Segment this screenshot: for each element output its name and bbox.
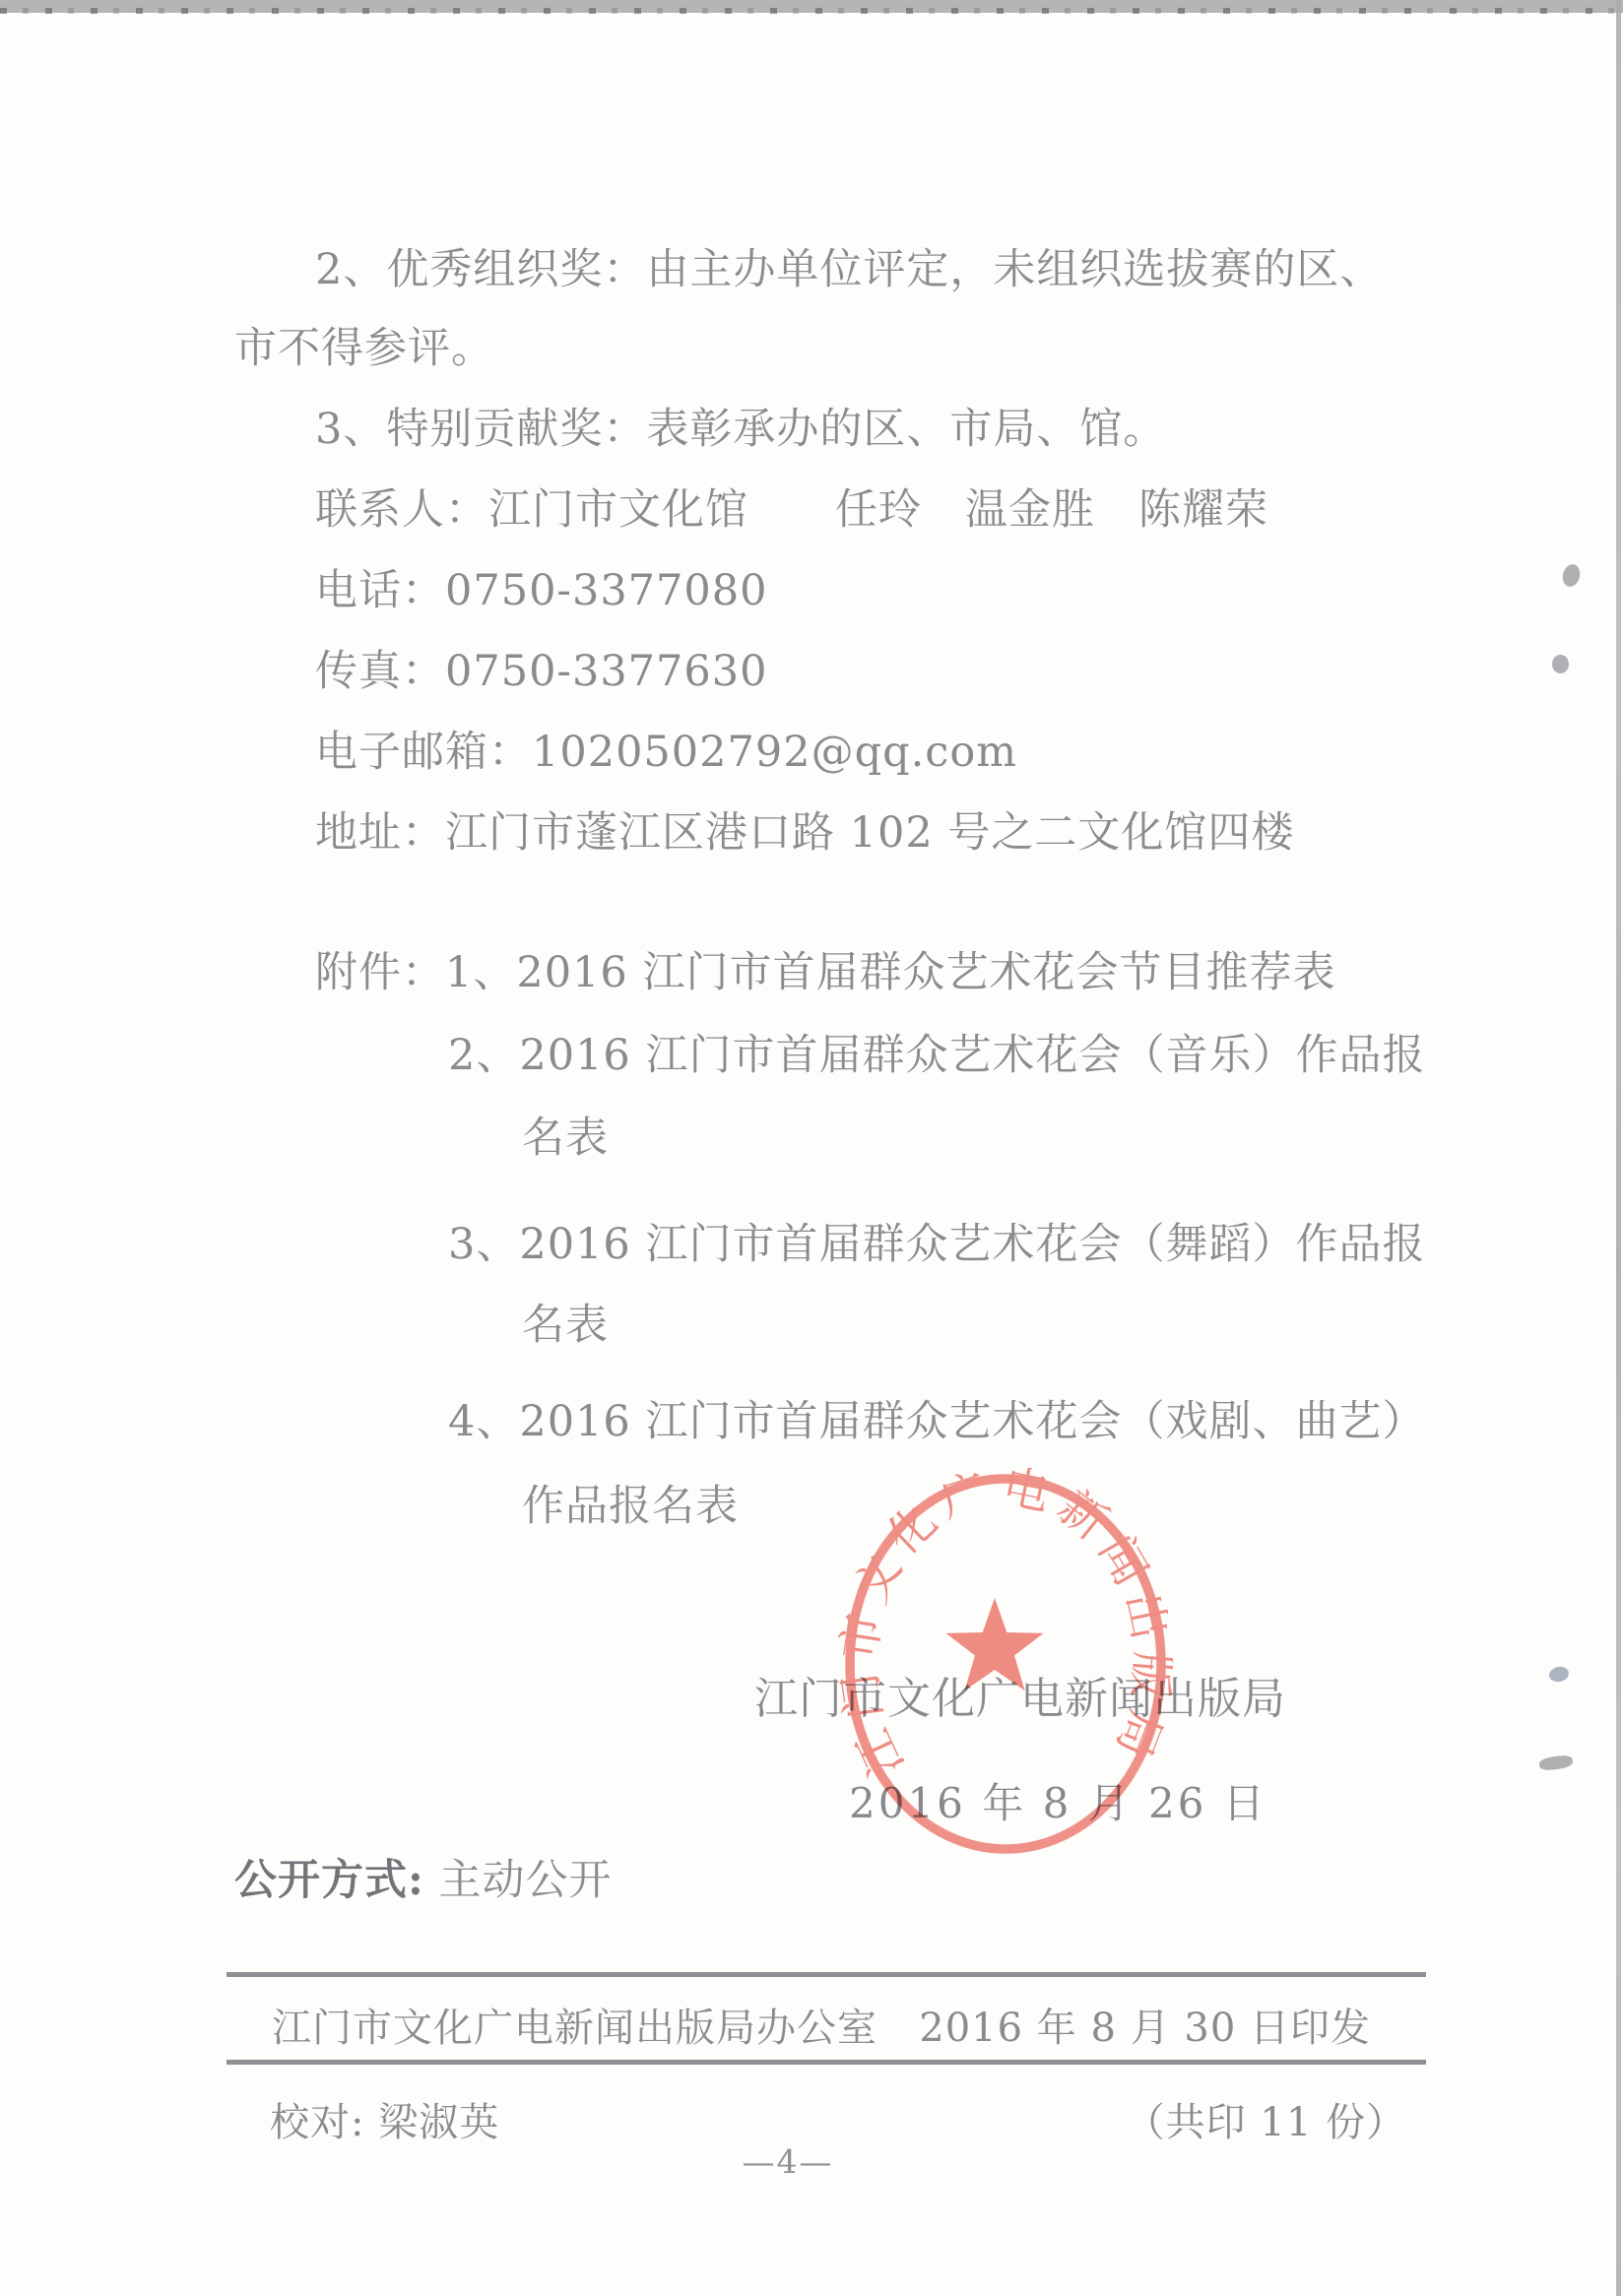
body-line-contact: 联系人：江门市文化馆 任玲 温金胜 陈耀荣: [315, 486, 1268, 534]
footer-copies: （共印 11 份）: [1126, 2091, 1406, 2147]
publicity-label: 公开方式:: [234, 1856, 424, 1905]
body-line-award2-1: 2、优秀组织奖：由主办单位评定，未组织选拔赛的区、: [315, 246, 1383, 293]
footer-print-date: 2016 年 8 月 30 日印发: [919, 1997, 1371, 2053]
attachment-line-4-cont: 作品报名表: [522, 1483, 739, 1530]
footer-divider-top: [227, 1972, 1426, 1977]
attachment-line-3: 3、2016 江门市首届群众艺术花会（舞蹈）作品报: [448, 1221, 1425, 1268]
attachment-line-3-cont: 名表: [522, 1302, 609, 1349]
body-line-phone: 电话：0750-3377080: [315, 567, 767, 614]
scan-smudge: [1552, 655, 1569, 673]
footer-office: 江门市文化广电新闻出版局办公室: [272, 1997, 877, 2053]
official-seal-stamp: 江门市文化广电新闻出版局: [838, 1468, 1173, 1860]
publicity-value: 主动公开: [424, 1856, 613, 1905]
scan-smudge: [1548, 1665, 1571, 1684]
scanner-top-band-speckles: [0, 8, 1623, 14]
star-icon: [946, 1598, 1044, 1690]
footer-divider-bottom: [227, 2060, 1426, 2065]
scan-smudge: [1538, 1754, 1573, 1772]
attachment-line-1: 附件：1、2016 江门市首届群众艺术花会节目推荐表: [315, 949, 1335, 996]
footer-proofreader: 校对: 梁淑英: [270, 2091, 499, 2147]
scanner-right-edge: [1616, 0, 1621, 2296]
body-line-email: 电子邮箱：1020502792@qq.com: [315, 729, 1017, 776]
seal-arc-text: 江门市文化广电新闻出版局: [838, 1468, 1173, 1785]
page-number: —4—: [689, 2142, 886, 2181]
attachment-line-2: 2、2016 江门市首届群众艺术花会（音乐）作品报: [448, 1032, 1425, 1079]
body-line-award3: 3、特别贡献奖：表彰承办的区、市局、馆。: [315, 406, 1166, 453]
scan-smudge: [1560, 562, 1582, 589]
body-line-address: 地址：江门市蓬江区港口路 102 号之二文化馆四楼: [315, 809, 1294, 857]
body-line-fax: 传真：0750-3377630: [315, 648, 767, 695]
scanned-document-page: 2、优秀组织奖：由主办单位评定，未组织选拔赛的区、 市不得参评。 3、特别贡献奖…: [0, 0, 1623, 2296]
publicity-line: 公开方式: 主动公开: [234, 1857, 613, 1904]
body-line-award2-2: 市不得参评。: [234, 325, 494, 372]
attachment-line-4: 4、2016 江门市首届群众艺术花会（戏剧、曲艺）: [448, 1398, 1425, 1445]
attachment-line-2-cont: 名表: [522, 1115, 609, 1162]
